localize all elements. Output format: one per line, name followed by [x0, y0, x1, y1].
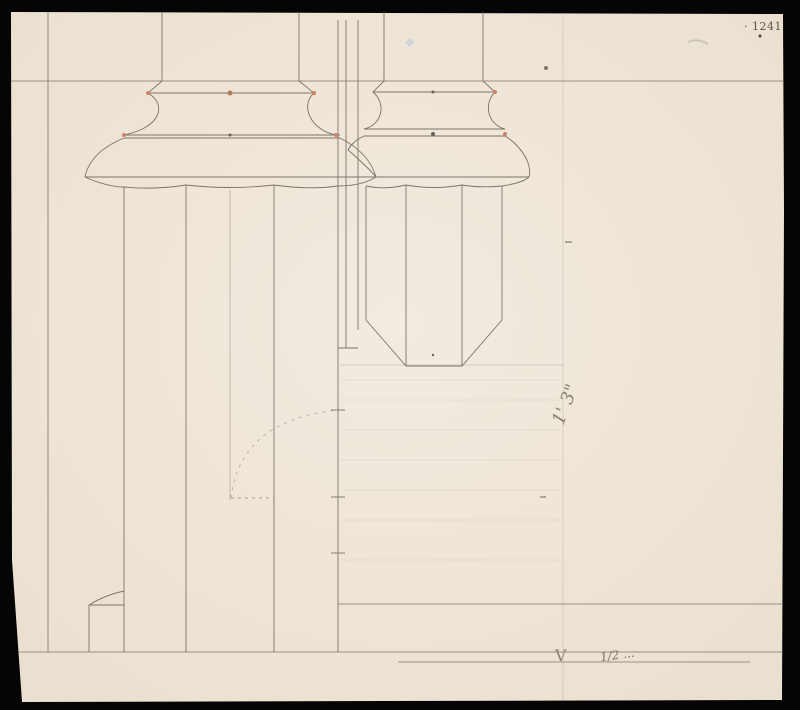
catalog-number: · 1241: [744, 20, 782, 33]
architectural-drawing: [0, 0, 800, 710]
scan-background: · 1241 1' 3" V 1/2 ...: [0, 0, 800, 710]
scale-mark: V: [555, 646, 567, 665]
paper-sheet: [11, 12, 784, 702]
